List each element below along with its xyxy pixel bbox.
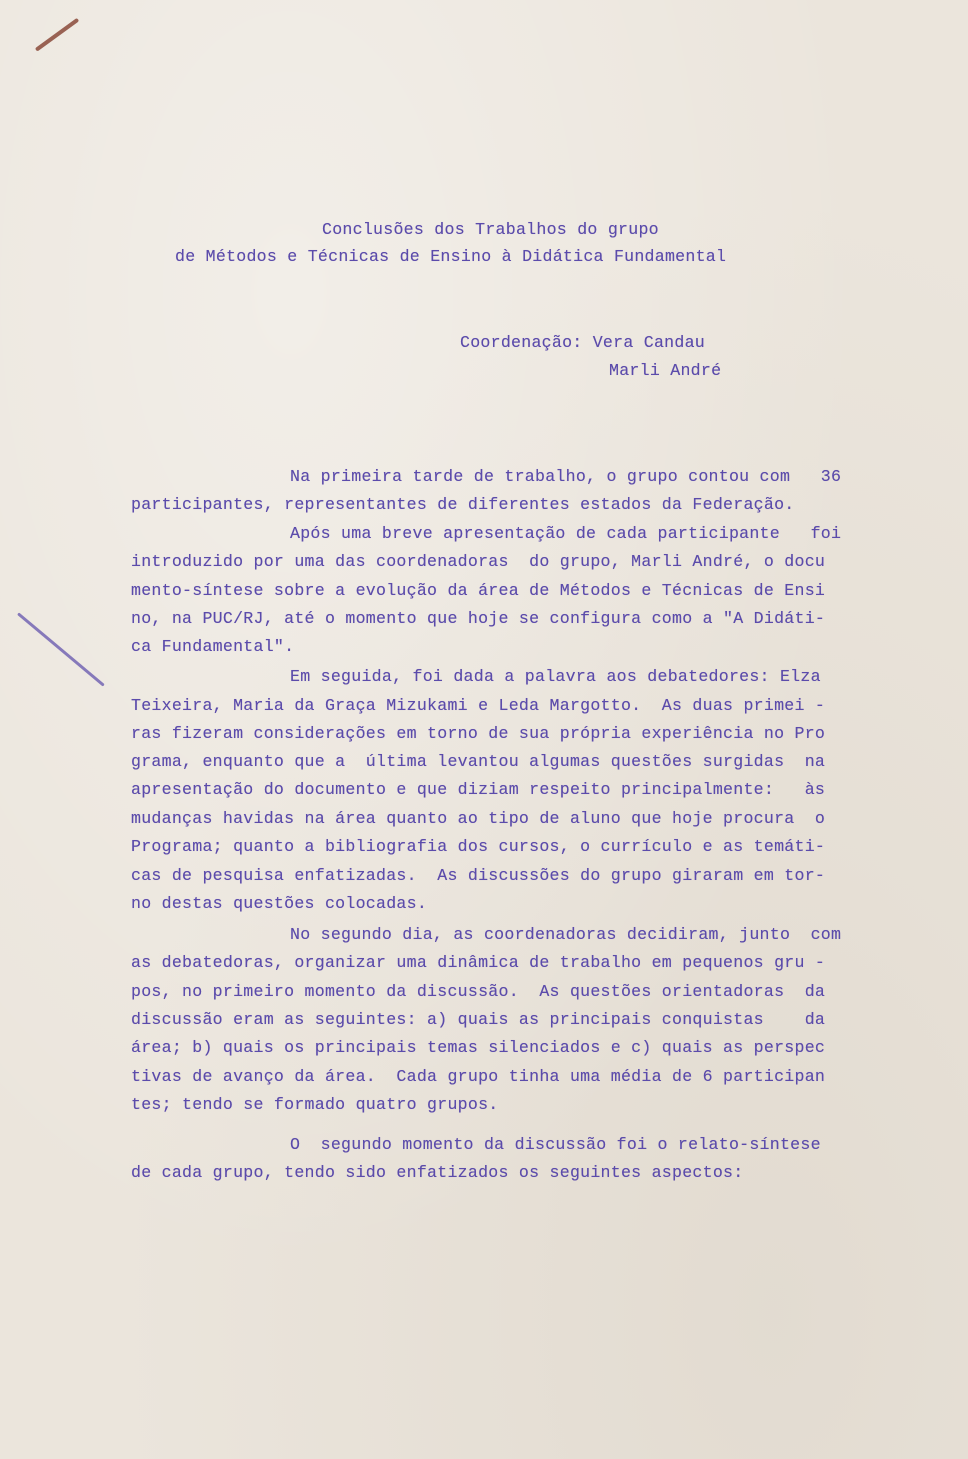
body-line: no destas questões colocadas.	[131, 894, 427, 914]
body-line: apresentação do documento e que diziam r…	[131, 780, 825, 800]
body-line: área; b) quais os principais temas silen…	[131, 1038, 825, 1058]
body-line: no, na PUC/RJ, até o momento que hoje se…	[131, 609, 825, 629]
document-title-line-2: de Métodos e Técnicas de Ensino à Didáti…	[175, 247, 726, 267]
body-line: Após uma breve apresentação de cada part…	[290, 524, 841, 544]
body-line: No segundo dia, as coordenadoras decidir…	[290, 925, 841, 945]
body-line: Teixeira, Maria da Graça Mizukami e Leda…	[131, 696, 825, 716]
body-line: tes; tendo se formado quatro grupos.	[131, 1095, 498, 1115]
body-line: introduzido por uma das coordenadoras do…	[131, 552, 825, 572]
body-line: de cada grupo, tendo sido enfatizados os…	[131, 1163, 743, 1183]
document-title-line-1: Conclusões dos Trabalhos do grupo	[322, 220, 659, 240]
body-line: mudanças havidas na área quanto ao tipo …	[131, 809, 825, 829]
pen-mark	[35, 18, 79, 52]
body-line: participantes, representantes de diferen…	[131, 495, 795, 515]
body-line: Em seguida, foi dada a palavra aos debat…	[290, 667, 821, 687]
body-line: grama, enquanto que a última levantou al…	[131, 752, 825, 772]
body-line: as debatedoras, organizar uma dinâmica d…	[131, 953, 825, 973]
coordination-label: Coordenação: Vera Candau	[460, 333, 705, 353]
body-line: ca Fundamental".	[131, 637, 294, 657]
body-line: discussão eram as seguintes: a) quais as…	[131, 1010, 825, 1030]
body-line: pos, no primeiro momento da discussão. A…	[131, 982, 825, 1002]
body-line: cas de pesquisa enfatizadas. As discussõ…	[131, 866, 825, 886]
body-line: ras fizeram considerações em torno de su…	[131, 724, 825, 744]
document-page: Conclusões dos Trabalhos do grupo de Mét…	[0, 0, 968, 1459]
body-line: O segundo momento da discussão foi o rel…	[290, 1135, 821, 1155]
body-line: mento-síntese sobre a evolução da área d…	[131, 581, 825, 601]
body-line: Na primeira tarde de trabalho, o grupo c…	[290, 467, 841, 487]
coordination-second-name: Marli André	[609, 361, 721, 381]
margin-pen-stroke	[17, 612, 105, 686]
body-line: tivas de avanço da área. Cada grupo tinh…	[131, 1067, 825, 1087]
body-line: Programa; quanto a bibliografia dos curs…	[131, 837, 825, 857]
